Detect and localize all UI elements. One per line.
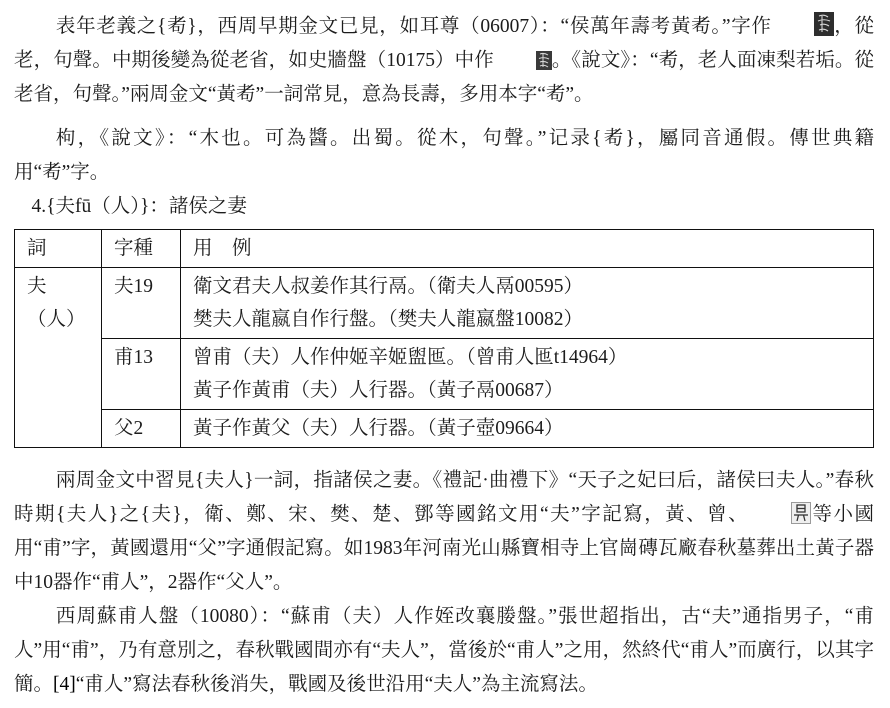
header-word: 詞 bbox=[15, 230, 102, 268]
paragraph-sufuren-pan: 西周蘇甫人盤（10080）：“蘇甫（夫）人作姪改襄媵盤。”張世超指出，古“夫”通… bbox=[14, 600, 874, 702]
examples-cell: 黃子作黃父（夫）人行器。（黃子壺09664） bbox=[181, 410, 874, 448]
examples-cell: 衛文君夫人叔姜作其行鬲。（衛夫人鬲00595） 樊夫人龍嬴自作行盤。（樊夫人龍嬴… bbox=[181, 268, 874, 339]
variant-cell: 甫13 bbox=[102, 339, 181, 410]
example-line: 黃子作黃父（夫）人行器。（黃子壺09664） bbox=[193, 412, 863, 445]
heading-text: 4.{夫fū（人）}：諸侯之妻 bbox=[32, 196, 247, 217]
header-character-kind: 字種 bbox=[102, 230, 181, 268]
section-heading-fu-ren: 4.{夫fū（人）}：諸侯之妻 bbox=[14, 190, 874, 224]
table-row: 甫13 曾甫（夫）人作仲姬辛姬盥匜。（曾甫人匜t14964） 黃子作黃甫（夫）人… bbox=[15, 339, 874, 410]
example-line: 樊夫人龍嬴自作行盤。（樊夫人龍嬴盤10082） bbox=[193, 303, 863, 336]
examples-cell: 曾甫（夫）人作仲姬辛姬盥匜。（曾甫人匜t14964） 黃子作黃甫（夫）人行器。（… bbox=[181, 339, 874, 410]
citation-marker: [4] bbox=[53, 674, 76, 695]
header-usage-examples: 用 例 bbox=[181, 230, 874, 268]
example-line: 曾甫（夫）人作仲姬辛姬盥匜。（曾甫人匜t14964） bbox=[193, 341, 863, 374]
bronze-inscription-glyph-image bbox=[772, 12, 834, 36]
example-line: 衛文君夫人叔姜作其行鬲。（衛夫人鬲00595） bbox=[193, 270, 863, 303]
bronze-inscription-glyph-image bbox=[494, 51, 552, 70]
example-line: 黃子作黃甫（夫）人行器。（黃子鬲00687） bbox=[193, 374, 863, 407]
word-cell: 夫 （人） bbox=[15, 268, 102, 448]
table-header-row: 詞 字種 用 例 bbox=[15, 230, 874, 268]
paragraph-furen-discussion: 兩周金文中習見{夫人}一詞，指諸侯之妻。《禮記·曲禮下》“天子之妃曰后，諸侯曰夫… bbox=[14, 464, 874, 600]
word-line: 夫 bbox=[27, 270, 91, 303]
word-usage-table: 詞 字種 用 例 夫 （人） 夫19 衛文君夫人叔姜作其行鬲。（衛夫人鬲0059… bbox=[14, 229, 874, 448]
rare-character-boxed-image bbox=[749, 502, 811, 524]
paragraph-text: 兩周金文中習見{夫人}一詞，指諸侯之妻。《禮記·曲禮下》“天子之妃曰后，諸侯曰夫… bbox=[14, 470, 874, 525]
table-row: 父2 黃子作黃父（夫）人行器。（黃子壺09664） bbox=[15, 410, 874, 448]
paragraph-text: “甫人”寫法春秋後消失，戰國及後世沿用“夫人”為主流寫法。 bbox=[76, 674, 598, 695]
paragraph-text: 枸，《說文》：“木也。可為醬。出蜀。從木，句聲。”记录{耇}，屬同音通假。傳世典… bbox=[14, 128, 874, 183]
variant-cell: 夫19 bbox=[102, 268, 181, 339]
paragraph-ju-shuowen: 枸，《說文》：“木也。可為醬。出蜀。從木，句聲。”记录{耇}，屬同音通假。傳世典… bbox=[14, 122, 874, 190]
document-page: 表年老義之{耇}，西周早期金文已見，如耳尊（06007）：“侯萬年壽考黃耇。”字… bbox=[0, 0, 890, 702]
table-row: 夫 （人） 夫19 衛文君夫人叔姜作其行鬲。（衛夫人鬲00595） 樊夫人龍嬴自… bbox=[15, 268, 874, 339]
paragraph-gou-etymology: 表年老義之{耇}，西周早期金文已見，如耳尊（06007）：“侯萬年壽考黃耇。”字… bbox=[14, 10, 874, 112]
word-line: （人） bbox=[27, 303, 91, 336]
variant-cell: 父2 bbox=[102, 410, 181, 448]
paragraph-text: 表年老義之{耇}，西周早期金文已見，如耳尊（06007）：“侯萬年壽考黃耇。”字… bbox=[56, 16, 772, 37]
